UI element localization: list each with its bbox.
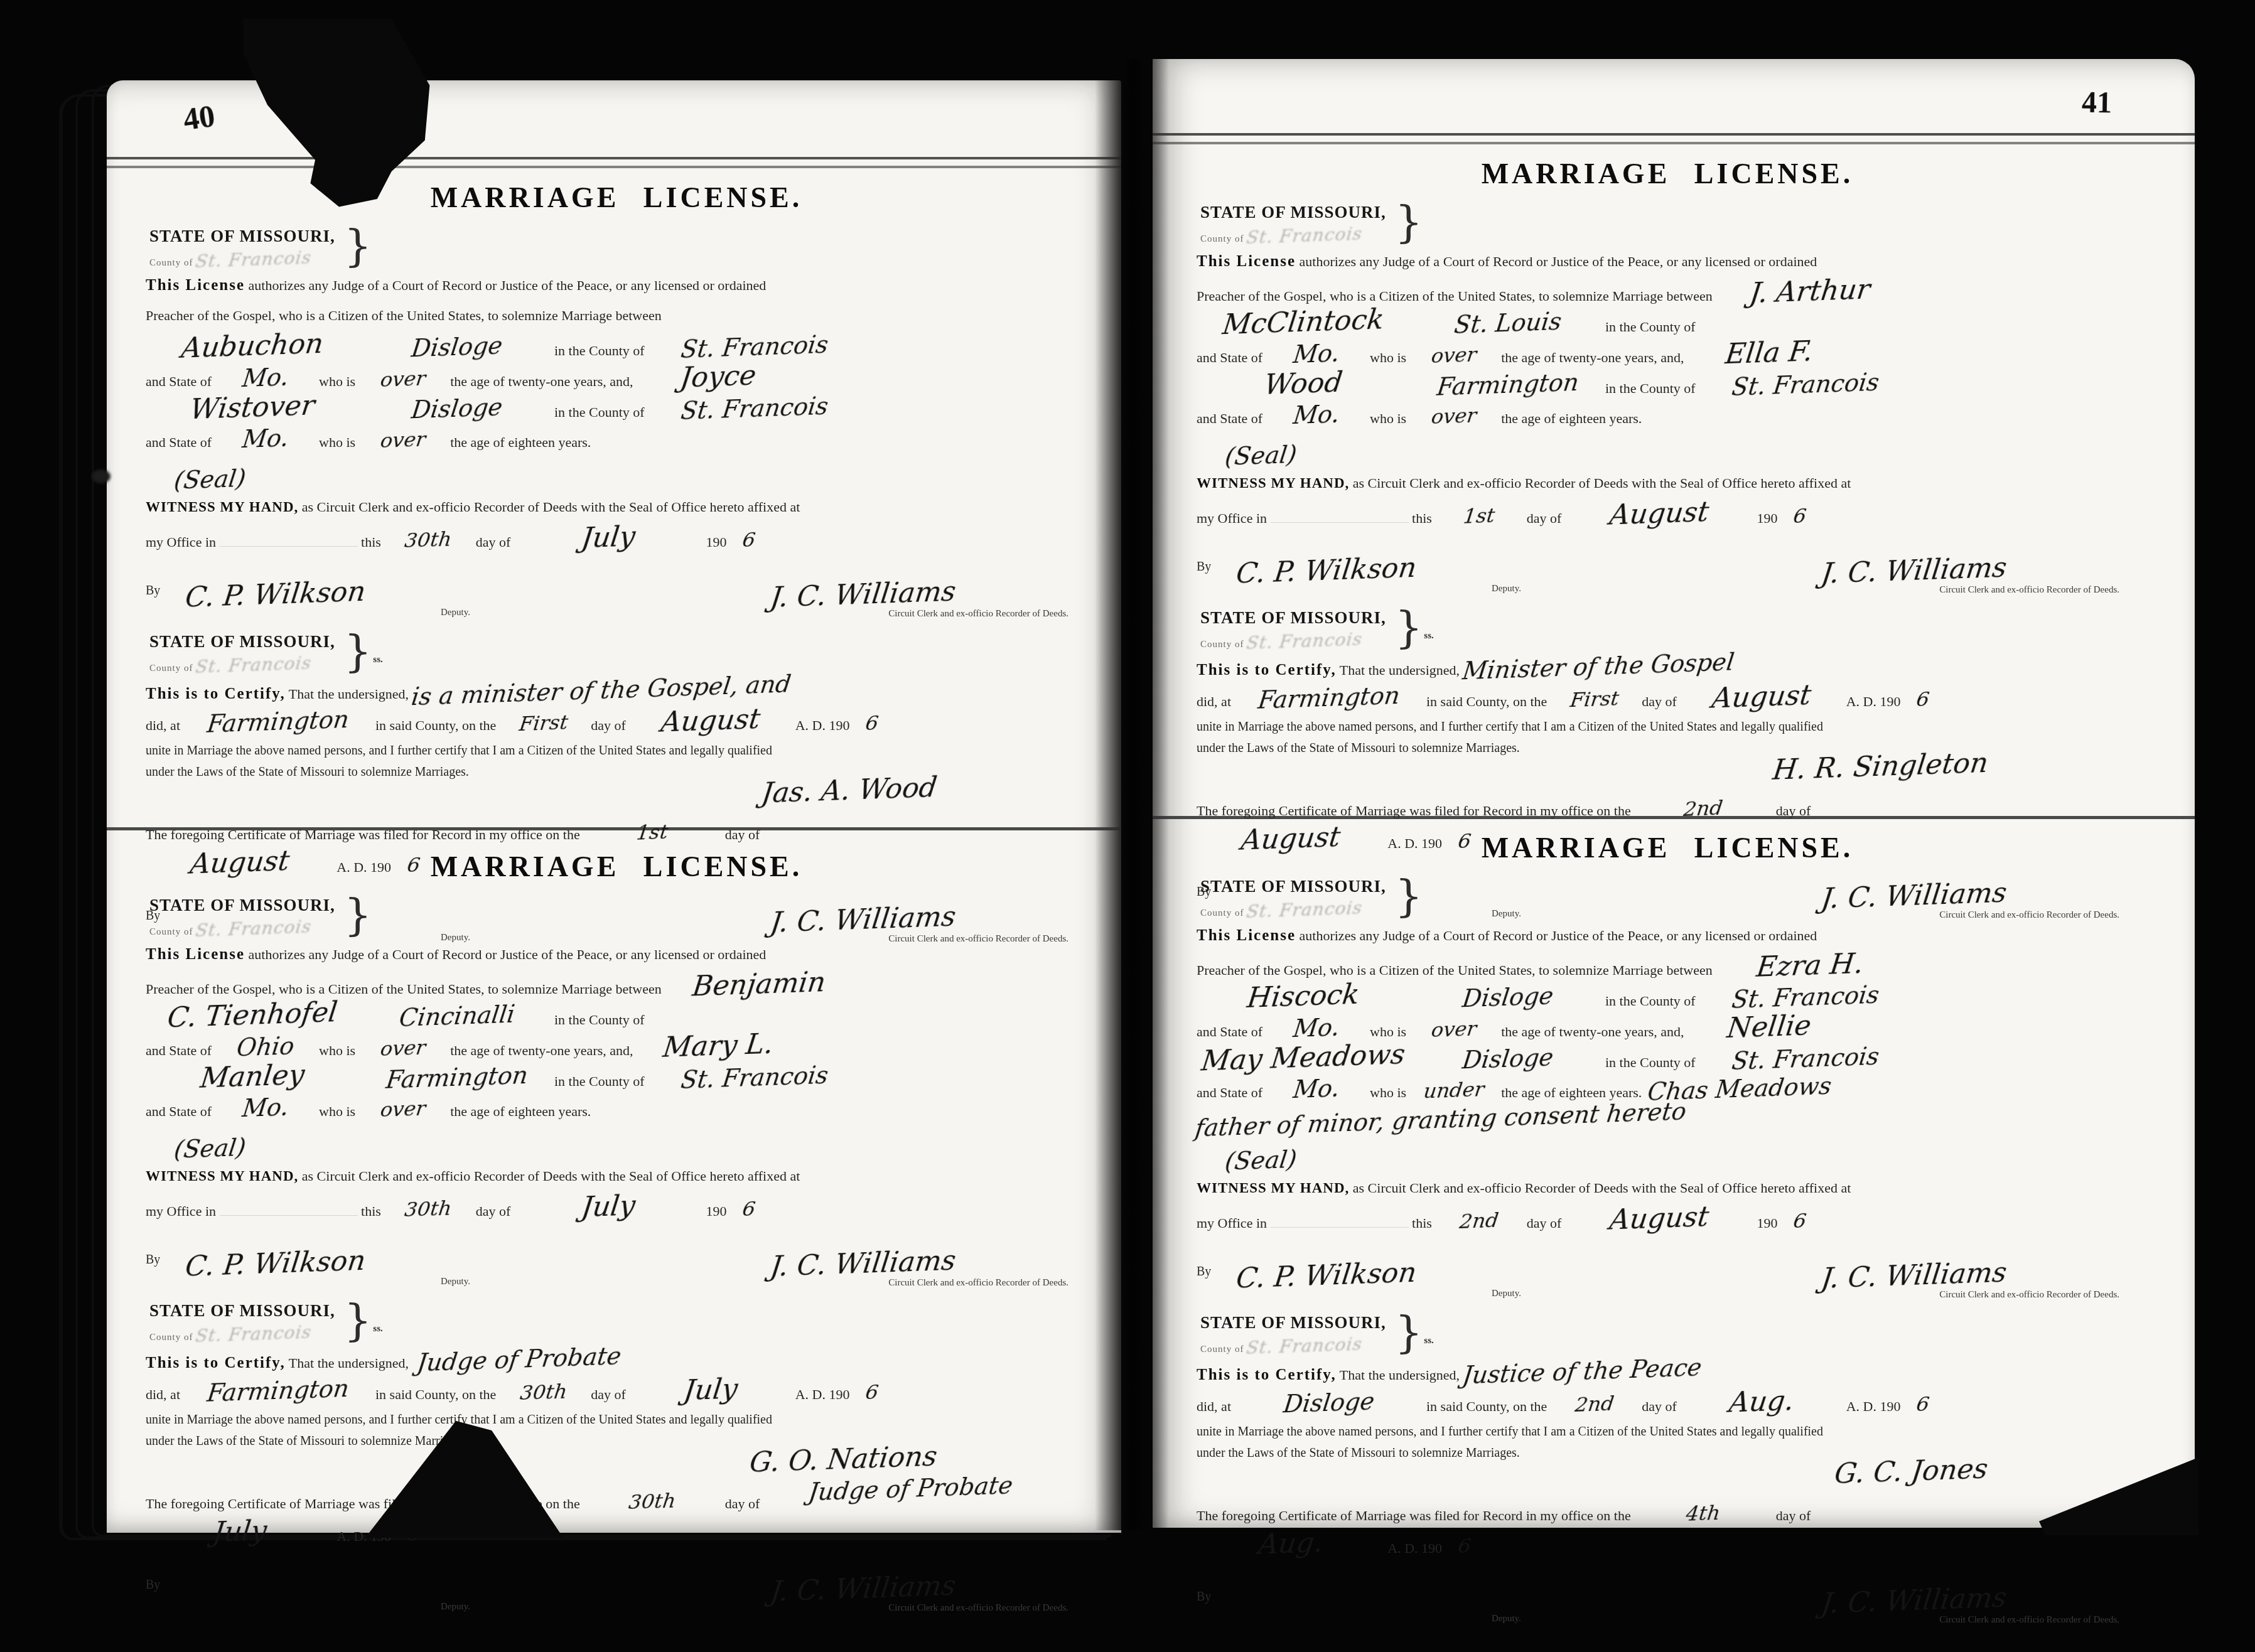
witness-date-line: my Office in this 2nd day of August 190 … <box>1197 1211 2138 1242</box>
day-of-label: day of <box>1776 1508 1811 1523</box>
page-number-right: 41 <box>2082 85 2112 121</box>
witness-year-handwriting: 6 <box>1780 507 1820 525</box>
seal-line: (Seal) <box>1225 1152 2138 1180</box>
witness-signature-row: By C. P. Wilkson Deputy. J. C. Williams … <box>1197 1242 2138 1301</box>
form-title: MARRIAGE LICENSE. <box>146 181 1087 214</box>
witness-text: as Circuit Clerk and ex-officio Recorder… <box>1353 475 1851 491</box>
form-page40-bottom: MARRIAGE LICENSE. STATE OF MISSOURI, Cou… <box>146 850 1087 1614</box>
seal-handwriting: (Seal) <box>173 470 247 489</box>
age18-label: the age of eighteen years. <box>450 1103 591 1119</box>
in-said-county-label: in said County, on the <box>375 1386 496 1402</box>
filed-text: The foregoing Certificate of Marriage wa… <box>146 827 580 842</box>
county-of-line: County of St. Francois <box>149 1326 335 1343</box>
groom-county-handwriting <box>647 1021 862 1028</box>
certify-day-handwriting: First <box>1549 690 1640 709</box>
officiant-signature: G. O. Nations <box>749 1449 939 1471</box>
groom-surname-handwriting: Aubuchon <box>144 335 361 358</box>
state-of-missouri-label: STATE OF MISSOURI, <box>1200 1313 1386 1333</box>
in-county-label: in the County of <box>554 404 645 420</box>
bride-town-handwriting: Farmington <box>361 1066 552 1089</box>
age18-label: the age of eighteen years. <box>450 434 591 450</box>
and-state-label: and State of <box>1197 350 1262 365</box>
county-of-line: County of St. Francois <box>149 657 335 674</box>
office-blank <box>220 546 358 547</box>
bride-firstname-handwriting: Joyce <box>635 366 801 388</box>
county-handwriting: St. Francois <box>1246 1336 1364 1356</box>
state-of-missouri-label: STATE OF MISSOURI, <box>1200 203 1386 222</box>
in-county-label: in the County of <box>1605 319 1696 335</box>
ss-label: ss. <box>373 655 382 665</box>
license-line-1: This License authorizes any Judge of a C… <box>1197 253 2138 284</box>
bride-county-handwriting: St. Francois <box>647 397 863 421</box>
clerk-caption: Circuit Clerk and ex-officio Recorder of… <box>1939 1615 2119 1626</box>
license-text-1: authorizes any Judge of a Court of Recor… <box>1300 254 1817 269</box>
bride-county-handwriting: St. Francois <box>1698 373 1914 397</box>
in-county-label: in the County of <box>554 343 645 358</box>
this-license-label: This License <box>1197 927 1296 944</box>
filed-day-handwriting: 1st <box>582 822 723 843</box>
bride-state-handwriting: Mo. <box>214 1098 317 1118</box>
who-is-label: who is <box>1370 350 1406 365</box>
certify-month-handwriting: Aug. <box>1679 1391 1844 1413</box>
bride-surname-handwriting: May Meadows <box>1195 1046 1412 1070</box>
certify-text-3: under the Laws of the State of Missouri … <box>146 765 469 779</box>
seal-line: (Seal) <box>1225 448 2138 475</box>
day-of-label: day of <box>1642 694 1677 709</box>
groom-county-handwriting: St. Francois <box>1698 985 1914 1009</box>
page-number-left: 40 <box>181 97 217 137</box>
certify-month-handwriting: August <box>628 710 794 732</box>
county-of-line: County of St. Francois <box>149 921 335 938</box>
county-handwriting: St. Francois <box>195 1324 313 1344</box>
bride-county-handwriting: St. Francois <box>647 1066 863 1090</box>
certify-year-handwriting: 6 <box>1903 690 1943 708</box>
certify-place-handwriting: Farmington <box>182 1380 374 1402</box>
microfilm-scan: 40 41 MARRIAGE LICENSE. STATE OF MISSOUR… <box>0 0 2255 1652</box>
consent-note-line: father of minor, granting consent hereto <box>1197 1112 2138 1142</box>
groom-state-handwriting: Mo. <box>1265 1018 1368 1038</box>
officiant-signature-row: G. O. Nations Judge of Probate <box>146 1456 1087 1493</box>
and-state-label: and State of <box>146 434 212 450</box>
witness-day-handwriting: 30th <box>383 530 473 550</box>
age18-label: the age of eighteen years. <box>1501 410 1642 426</box>
day-of-label: day of <box>476 534 511 550</box>
in-county-label: in the County of <box>1605 1054 1696 1070</box>
day-of-label: day of <box>725 1496 760 1511</box>
form-title: MARRIAGE LICENSE. <box>146 850 1087 883</box>
form-page41-bottom: MARRIAGE LICENSE. STATE OF MISSOURI, Cou… <box>1197 831 2138 1626</box>
day-of-label: day of <box>1642 1398 1677 1414</box>
filed-text: The foregoing Certificate of Marriage wa… <box>1197 803 1631 818</box>
form-title: MARRIAGE LICENSE. <box>1197 157 2138 190</box>
deputy-signature: C. P. Wilkson <box>185 1253 367 1275</box>
bride-state-handwriting: Mo. <box>1265 405 1368 425</box>
officiant-role-handwriting: Justice of the Peace <box>1461 1359 1703 1383</box>
brace-glyph: } <box>344 896 372 935</box>
bride-age-handwriting: over <box>358 1100 448 1119</box>
form-page41-top: MARRIAGE LICENSE. STATE OF MISSOURI, Cou… <box>1197 157 2138 921</box>
county-of-label: County of <box>149 927 193 937</box>
top-rule <box>1153 133 2195 136</box>
marriage-license-form: MARRIAGE LICENSE. STATE OF MISSOURI, Cou… <box>1197 831 2138 1626</box>
witness-my-hand-label: WITNESS MY HAND, <box>146 499 298 515</box>
clerk-caption: Circuit Clerk and ex-officio Recorder of… <box>888 1278 1068 1289</box>
clerk-signature: J. C. Williams <box>770 1578 957 1601</box>
bride-surname-handwriting: Wistover <box>144 396 361 420</box>
ss-label: ss. <box>1424 1336 1433 1346</box>
witness-year-handwriting: 6 <box>1780 1212 1820 1230</box>
groom-age-handwriting: over <box>358 1039 448 1058</box>
license-text-1: authorizes any Judge of a Court of Recor… <box>1300 928 1817 943</box>
brace-glyph: } <box>1395 877 1423 916</box>
clerk-signature: J. C. Williams <box>770 584 957 606</box>
brace-glyph: } <box>1395 203 1423 242</box>
by-label: By <box>1197 560 1211 574</box>
witness-month-handwriting: August <box>1564 503 1755 525</box>
county-handwriting: St. Francois <box>1246 226 1364 246</box>
witness-year-handwriting: 6 <box>729 531 769 549</box>
deputy-signature: C. P. Wilkson <box>1235 560 1418 582</box>
filed-year-handwriting: 6 <box>1445 1537 1485 1555</box>
certify-text-1: That the undersigned, <box>1340 1367 1460 1383</box>
and-state-label: and State of <box>146 1043 212 1058</box>
groom-state-handwriting: Mo. <box>1265 344 1368 364</box>
witness-year-handwriting: 6 <box>729 1200 769 1218</box>
witness-signature-row: By C. P. Wilkson Deputy. J. C. Williams … <box>146 1230 1087 1289</box>
certify-text-3: under the Laws of the State of Missouri … <box>1197 741 1520 755</box>
age21-label: the age of twenty-one years, and, <box>450 1043 633 1058</box>
license-text-1: authorizes any Judge of a Court of Recor… <box>249 947 767 962</box>
this-is-to-certify-label: This is to Certify, <box>1197 1366 1337 1383</box>
state-county-block: STATE OF MISSOURI, County of St. Francoi… <box>1200 877 2138 926</box>
groom-state-handwriting: Mo. <box>214 368 317 388</box>
groom-firstname-handwriting: Ezra H. <box>1714 955 1906 977</box>
officiant-signature-row: H. R. Singleton <box>1197 763 2138 800</box>
office-blank <box>1271 522 1409 523</box>
film-speck <box>92 469 110 483</box>
state-county-block-2: STATE OF MISSOURI, County of St. Francoi… <box>149 632 1087 681</box>
in-county-label: in the County of <box>554 1073 645 1089</box>
filed-day-handwriting: 30th <box>582 1491 723 1512</box>
witness-signature-row: By C. P. Wilkson Deputy. J. C. Williams … <box>1197 537 2138 596</box>
license-line-1: This License authorizes any Judge of a C… <box>1197 927 2138 958</box>
state-of-missouri-label: STATE OF MISSOURI, <box>149 1301 335 1321</box>
groom-firstname-handwriting: J. Arthur <box>1714 281 1906 303</box>
bride-state-age-line: and State of Mo. who is over the age of … <box>146 1100 1087 1130</box>
certify-text-2: unite in Marriage the above named person… <box>1197 1425 1823 1439</box>
groom-age-handwriting: over <box>1409 346 1499 365</box>
top-rule <box>107 166 1121 168</box>
deputy-caption: Deputy. <box>441 608 470 618</box>
county-handwriting: St. Francois <box>195 919 313 939</box>
witness-date-line: my Office in this 30th day of July 190 6 <box>146 1199 1087 1230</box>
groom-firstname-handwriting: Benjamin <box>664 973 855 996</box>
witness-date-line: my Office in this 30th day of July 190 6 <box>146 530 1087 560</box>
day-of-label: day of <box>591 1386 626 1402</box>
witness-my-hand-label: WITNESS MY HAND, <box>1197 1180 1349 1196</box>
year-190-label: 190 <box>706 1203 726 1219</box>
certify-text-3-line: under the Laws of the State of Missouri … <box>1197 741 2138 763</box>
ad-190-label: A. D. 190 <box>795 717 850 733</box>
office-blank <box>1271 1227 1409 1228</box>
by-label: By <box>1197 1590 1211 1604</box>
groom-town-handwriting: Disloge <box>361 336 552 358</box>
witness-day-handwriting: 2nd <box>1434 1211 1524 1231</box>
certify-date-line: did, at Disloge in said County, on the 2… <box>1197 1394 2138 1425</box>
clerk-caption: Circuit Clerk and ex-officio Recorder of… <box>888 1603 1068 1614</box>
bride-state-handwriting: Mo. <box>1265 1079 1368 1099</box>
certify-text-1: That the undersigned, <box>289 1355 409 1371</box>
bride-firstname-handwriting: Ella F. <box>1686 342 1852 364</box>
and-state-label: and State of <box>1197 1024 1262 1039</box>
witness-text: as Circuit Clerk and ex-officio Recorder… <box>302 499 800 515</box>
by-label: By <box>146 1578 160 1592</box>
age21-label: the age of twenty-one years, and, <box>450 373 633 389</box>
groom-age-handwriting: over <box>358 370 448 389</box>
form-title: MARRIAGE LICENSE. <box>1197 831 2138 864</box>
age18-label: the age of eighteen years. <box>1501 1085 1642 1100</box>
certify-text-1: That the undersigned, <box>289 686 409 702</box>
this-is-to-certify-label: This is to Certify, <box>146 685 286 702</box>
bride-state-age-line: and State of Mo. who is over the age of … <box>1197 407 2138 437</box>
county-of-label: County of <box>1200 908 1244 918</box>
consent-parent-handwriting <box>594 1113 783 1119</box>
certify-year-handwriting: 6 <box>852 714 892 732</box>
county-of-label: County of <box>149 1333 193 1343</box>
clerk-signature: J. C. Williams <box>1821 560 2008 582</box>
groom-county-handwriting <box>1698 328 1913 335</box>
witness-text: as Circuit Clerk and ex-officio Recorder… <box>302 1168 800 1184</box>
state-of-missouri-label: STATE OF MISSOURI, <box>1200 608 1386 628</box>
in-county-label: in the County of <box>1605 993 1696 1009</box>
deputy-caption: Deputy. <box>1492 1289 1521 1299</box>
groom-state-handwriting: Ohio <box>214 1037 317 1057</box>
bride-town-handwriting: Farmington <box>1412 373 1603 396</box>
county-of-line: County of St. Francois <box>1200 228 1386 245</box>
clerk-signature: J. C. Williams <box>1821 1265 2008 1287</box>
in-county-label: in the County of <box>1605 380 1696 396</box>
ad-190-label: A. D. 190 <box>1387 1540 1442 1556</box>
license-text-2: Preacher of the Gospel, who is a Citizen… <box>1197 288 1713 304</box>
bride-firstname-handwriting: Mary L. <box>635 1035 801 1057</box>
officiant-signature: H. R. Singleton <box>1772 755 1989 779</box>
by-label: By <box>146 584 160 598</box>
county-handwriting: St. Francois <box>1246 900 1364 920</box>
my-office-in-label: my Office in <box>146 1203 216 1219</box>
bride-town-handwriting: Disloge <box>1412 1048 1603 1070</box>
brace-glyph: } <box>1395 1313 1423 1352</box>
license-line-1: This License authorizes any Judge of a C… <box>146 277 1087 308</box>
certify-text-3-line: under the Laws of the State of Missouri … <box>146 1434 1087 1456</box>
groom-town-handwriting: Cincinalli <box>361 1005 552 1027</box>
certify-place-handwriting: Disloge <box>1233 1392 1424 1414</box>
certify-date-line: did, at Farmington in said County, on th… <box>146 713 1087 744</box>
deputy-signature: C. P. Wilkson <box>1235 1265 1418 1287</box>
this-label: this <box>1412 510 1432 526</box>
deputy-caption: Deputy. <box>1492 1614 1521 1624</box>
age21-label: the age of twenty-one years, and, <box>1501 1024 1684 1039</box>
marriage-license-form: MARRIAGE LICENSE. STATE OF MISSOURI, Cou… <box>146 181 1087 945</box>
officiant-signature-row: G. C. Jones <box>1197 1467 2138 1505</box>
county-handwriting: St. Francois <box>1246 631 1364 652</box>
clerk-caption: Circuit Clerk and ex-officio Recorder of… <box>1939 1290 2119 1301</box>
state-of-missouri-label: STATE OF MISSOURI, <box>149 896 335 915</box>
bride-town-handwriting: Disloge <box>361 397 552 420</box>
consent-parent-handwriting <box>594 444 783 450</box>
day-of-label: day of <box>591 717 626 733</box>
license-line-1: This License authorizes any Judge of a C… <box>146 946 1087 977</box>
seal-handwriting: (Seal) <box>173 1139 247 1158</box>
county-of-label: County of <box>149 663 193 673</box>
certify-text-2: unite in Marriage the above named person… <box>1197 720 1823 734</box>
seal-line: (Seal) <box>175 1140 1087 1168</box>
certify-date-line: did, at Farmington in said County, on th… <box>146 1382 1087 1413</box>
ss-label: ss. <box>373 1324 382 1334</box>
witness-date-line: my Office in this 1st day of August 190 … <box>1197 506 2138 537</box>
filed-line-2: Aug. A. D. 190 6 <box>1197 1536 2138 1567</box>
this-label: this <box>361 1203 381 1219</box>
and-state-label: and State of <box>146 373 212 389</box>
filed-text: The foregoing Certificate of Marriage wa… <box>1197 1508 1631 1523</box>
in-county-label: in the County of <box>554 1012 645 1027</box>
groom-town-handwriting: St. Louis <box>1412 312 1603 335</box>
state-of-missouri-label: STATE OF MISSOURI, <box>149 227 335 246</box>
marriage-license-form: MARRIAGE LICENSE. STATE OF MISSOURI, Cou… <box>1197 157 2138 921</box>
deputy-caption: Deputy. <box>1492 584 1521 594</box>
groom-surname-handwriting: C. Tienhofel <box>144 1004 361 1027</box>
consent-parent-handwriting <box>1645 420 1834 426</box>
witness-my-hand-label: WITNESS MY HAND, <box>1197 475 1349 491</box>
brace-glyph: } <box>1395 608 1423 647</box>
witness-month-handwriting: July <box>513 1196 704 1218</box>
seal-handwriting: (Seal) <box>1224 1151 1298 1170</box>
filed-line-1: The foregoing Certificate of Marriage wa… <box>146 1493 1087 1524</box>
officiant-signature: Jas. A. Wood <box>761 780 938 802</box>
age21-label: the age of twenty-one years, and, <box>1501 350 1684 365</box>
this-is-to-certify-label: This is to Certify, <box>146 1354 286 1371</box>
witness-signature-row: By C. P. Wilkson Deputy. J. C. Williams … <box>146 560 1087 619</box>
year-190-label: 190 <box>1757 510 1777 526</box>
and-state-label: and State of <box>146 1103 212 1119</box>
certify-text-3: under the Laws of the State of Missouri … <box>1197 1446 1520 1460</box>
license-text-2: Preacher of the Gospel, who is a Citizen… <box>146 308 662 323</box>
county-of-label: County of <box>149 258 193 268</box>
bride-age-handwriting: under <box>1409 1081 1499 1100</box>
this-label: this <box>1412 1215 1432 1231</box>
bride-age-handwriting: over <box>358 431 448 450</box>
certify-year-handwriting: 6 <box>852 1383 892 1401</box>
certify-text-3: under the Laws of the State of Missouri … <box>146 1434 469 1448</box>
and-state-label: and State of <box>1197 410 1262 426</box>
form-page40-top: MARRIAGE LICENSE. STATE OF MISSOURI, Cou… <box>146 181 1087 945</box>
ad-190-label: A. D. 190 <box>1846 694 1901 709</box>
witness-my-hand-label: WITNESS MY HAND, <box>146 1168 298 1184</box>
who-is-label: who is <box>319 1043 355 1058</box>
office-blank <box>220 1215 358 1216</box>
certify-text-3-line: under the Laws of the State of Missouri … <box>146 765 1087 786</box>
who-is-label: who is <box>319 373 355 389</box>
certify-place-handwriting: Farmington <box>1233 687 1424 709</box>
certify-day-handwriting: First <box>498 714 589 733</box>
state-of-missouri-label: STATE OF MISSOURI, <box>1200 877 1386 896</box>
county-of-line: County of St. Francois <box>1200 1338 1386 1355</box>
filed-signature-row: By Deputy. J. C. Williams Circuit Clerk … <box>1197 1567 2138 1626</box>
bride-state-age-line: and State of Mo. who is over the age of … <box>146 431 1087 461</box>
who-is-label: who is <box>1370 1024 1406 1039</box>
certify-text-2-line: unite in Marriage the above named person… <box>146 1413 1087 1434</box>
state-county-block: STATE OF MISSOURI, County of St. Francoi… <box>149 227 1087 276</box>
groom-surname-handwriting: Hiscock <box>1195 985 1412 1009</box>
county-handwriting: St. Francois <box>195 250 313 270</box>
bride-firstname-handwriting: Nellie <box>1686 1016 1852 1038</box>
groom-firstname-handwriting <box>664 317 853 323</box>
book-gutter <box>1095 59 1169 1530</box>
certify-date-line: did, at Farmington in said County, on th… <box>1197 689 2138 720</box>
marriage-license-form: MARRIAGE LICENSE. STATE OF MISSOURI, Cou… <box>146 850 1087 1614</box>
certify-year-handwriting: 6 <box>1903 1395 1943 1413</box>
bride-age-handwriting: over <box>1409 407 1499 426</box>
clerk-caption: Circuit Clerk and ex-officio Recorder of… <box>1939 585 2119 596</box>
bride-state-handwriting: Mo. <box>214 429 317 449</box>
deputy-caption: Deputy. <box>441 1277 470 1287</box>
this-license-label: This License <box>146 277 245 294</box>
this-license-label: This License <box>1197 253 1296 270</box>
deputy-signature: C. P. Wilkson <box>185 584 367 606</box>
seal-handwriting: (Seal) <box>1224 446 1298 465</box>
clerk-signature: J. C. Williams <box>770 1253 957 1275</box>
year-190-label: 190 <box>706 534 726 550</box>
state-county-block: STATE OF MISSOURI, County of St. Francoi… <box>149 896 1087 945</box>
consent-parent-handwriting: Chas Meadows <box>1644 1078 1835 1100</box>
county-of-label: County of <box>1200 234 1244 244</box>
who-is-label: who is <box>319 1103 355 1119</box>
my-office-in-label: my Office in <box>1197 1215 1267 1231</box>
filed-day-handwriting: 4th <box>1633 1503 1773 1524</box>
my-office-in-label: my Office in <box>1197 510 1267 526</box>
witness-text: as Circuit Clerk and ex-officio Recorder… <box>1353 1180 1851 1196</box>
clerk-caption: Circuit Clerk and ex-officio Recorder of… <box>888 609 1068 619</box>
certify-text-2: unite in Marriage the above named person… <box>146 744 772 758</box>
day-of-label: day of <box>476 1203 511 1219</box>
day-of-label: day of <box>1776 803 1811 818</box>
certify-text-3-line: under the Laws of the State of Missouri … <box>1197 1446 2138 1467</box>
officiant-signature: G. C. Jones <box>1834 1461 1989 1483</box>
groom-county-handwriting: St. Francois <box>647 335 863 359</box>
by-label: By <box>1197 1265 1211 1279</box>
deputy-caption: Deputy. <box>441 1602 470 1612</box>
county-of-label: County of <box>1200 1344 1244 1354</box>
certify-month-handwriting: July <box>628 1379 794 1401</box>
certify-text-2-line: unite in Marriage the above named person… <box>1197 1425 2138 1446</box>
by-label: By <box>146 1253 160 1267</box>
groom-town-handwriting: Disloge <box>1412 986 1603 1009</box>
my-office-in-label: my Office in <box>146 534 216 550</box>
county-of-line: County of St. Francois <box>1200 633 1386 650</box>
county-handwriting: St. Francois <box>195 655 313 675</box>
certify-place-handwriting: Farmington <box>182 711 374 733</box>
in-said-county-label: in said County, on the <box>375 717 496 733</box>
day-of-label: day of <box>1527 1215 1562 1231</box>
certify-text-2-line: unite in Marriage the above named person… <box>146 744 1087 765</box>
groom-surname-handwriting: McClintock <box>1195 311 1412 335</box>
county-of-line: County of St. Francois <box>149 252 335 269</box>
year-190-label: 190 <box>1757 1215 1777 1231</box>
officiant-role-handwriting: Minister of the Gospel <box>1461 654 1735 680</box>
filed-day-handwriting: 2nd <box>1633 798 1773 819</box>
filed-line-1: The foregoing Certificate of Marriage wa… <box>1197 1505 2138 1536</box>
who-is-label: who is <box>1370 410 1406 426</box>
county-of-line: County of St. Francois <box>1200 902 1386 919</box>
